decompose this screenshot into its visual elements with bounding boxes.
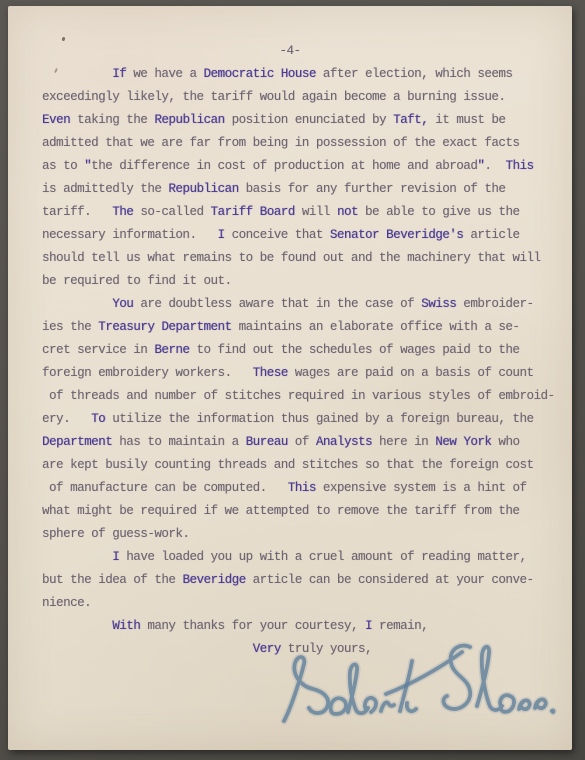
text: to find out the schedules of wages paid … — [189, 343, 519, 357]
text: who — [491, 435, 519, 449]
letter-line: as to "the difference in cost of product… — [42, 155, 564, 178]
text: we have a — [126, 67, 203, 81]
inked-text: Department — [42, 435, 112, 449]
text: will — [295, 205, 337, 219]
text: article can be considered at your conve- — [246, 573, 534, 587]
inked-text: Swiss — [421, 297, 456, 311]
text: of manufacture can be computed. — [42, 481, 288, 495]
text: tariff. — [42, 205, 112, 219]
text: taking the — [70, 113, 154, 127]
inked-text: With — [112, 619, 140, 633]
letter-line: sphere of guess-work. — [42, 523, 564, 546]
letter-line: foreign embroidery workers. These wages … — [42, 362, 564, 385]
text: many thanks for your courtesy, — [140, 619, 365, 633]
text: basis for any further revision of the — [239, 182, 506, 196]
text: article — [463, 228, 519, 242]
text: nience. — [42, 596, 91, 610]
text: after election, which seems — [316, 67, 513, 81]
letter-line: ies the Treasury Department maintains an… — [42, 316, 564, 339]
letter-line: is admittedly the Republican basis for a… — [42, 178, 564, 201]
text: foreign embroidery workers. — [42, 366, 253, 380]
text: as to — [42, 159, 84, 173]
letter-line: cret service in Berne to find out the sc… — [42, 339, 564, 362]
text: of threads and number of stitches requir… — [42, 389, 555, 403]
text: position enunciated by — [225, 113, 394, 127]
text: what might be required if we attempted t… — [42, 504, 519, 518]
inked-text: If — [112, 67, 126, 81]
text: has to maintain a — [112, 435, 245, 449]
text: ies the — [42, 320, 98, 334]
text: . — [484, 159, 505, 173]
text: remain, — [372, 619, 428, 633]
text — [42, 619, 112, 633]
letter-line: what might be required if we attempted t… — [42, 500, 564, 523]
text: are kept busily counting threads and sti… — [42, 458, 534, 472]
text — [42, 550, 112, 564]
letter-line: ery. To utilize the information thus gai… — [42, 408, 564, 431]
text: so-called — [133, 205, 210, 219]
text: should tell us what remains to be found … — [42, 251, 541, 265]
inked-text: Republican — [154, 113, 224, 127]
inked-text: Republican — [168, 182, 238, 196]
letter-body: If we have a Democratic House after elec… — [42, 63, 564, 661]
text — [274, 67, 281, 81]
letter-line: be required to find it out. — [42, 270, 564, 293]
letter-line: should tell us what remains to be found … — [42, 247, 564, 270]
inked-text: Even — [42, 113, 70, 127]
inked-text: Tariff Board — [211, 205, 295, 219]
text: embroider- — [456, 297, 533, 311]
inked-text: This — [505, 159, 533, 173]
text — [42, 642, 253, 656]
letter-line: of manufacture can be computed. This exp… — [42, 477, 564, 500]
letter-line: Department has to maintain a Bureau of A… — [42, 431, 564, 454]
text: necessary information. — [42, 228, 218, 242]
text: cret service in — [42, 343, 154, 357]
text: here in — [372, 435, 435, 449]
letter-line: I have loaded you up with a cruel amount… — [42, 546, 564, 569]
letter-line: are kept busily counting threads and sti… — [42, 454, 564, 477]
inked-text: I — [365, 619, 372, 633]
text: but the idea of the — [42, 573, 182, 587]
letter-line: If we have a Democratic House after elec… — [42, 63, 564, 86]
inked-text: House — [281, 67, 316, 81]
inked-text: Democratic — [204, 67, 274, 81]
inked-text: Analysts — [316, 435, 372, 449]
letter-line: Even taking the Republican position enun… — [42, 109, 564, 132]
letter-line: exceedingly likely, the tariff would aga… — [42, 86, 564, 109]
text: ery. — [42, 412, 91, 426]
inked-text: Bureau — [246, 435, 288, 449]
signature — [255, 635, 565, 760]
letter-line: of threads and number of stitches requir… — [42, 385, 564, 408]
text: utilize the information thus gained by a… — [105, 412, 533, 426]
inked-text: You — [112, 297, 133, 311]
text: wages are paid on a basis of count — [288, 366, 534, 380]
letter-line: You are doubtless aware that in the case… — [42, 293, 564, 316]
text: sphere of guess-work. — [42, 527, 189, 541]
text: it must be — [428, 113, 505, 127]
letter-line: admitted that we are far from being in p… — [42, 132, 564, 155]
letter-line: tariff. The so-called Tariff Board will … — [42, 201, 564, 224]
letter-line: necessary information. I conceive that S… — [42, 224, 564, 247]
inked-text: Beveridge — [182, 573, 245, 587]
text: is admittedly the — [42, 182, 168, 196]
page-number: -4- — [34, 40, 546, 63]
inked-text: I — [218, 228, 225, 242]
scanned-letter-screenshot: { "colors": { "ink": "#6d6370", "accent"… — [0, 0, 585, 760]
inked-text: Berne — [154, 343, 189, 357]
text: expensive system is a hint of — [316, 481, 527, 495]
text: of — [288, 435, 316, 449]
letter-line: but the idea of the Beveridge article ca… — [42, 569, 564, 592]
letter-page: -4- If we have a Democratic House after … — [8, 6, 572, 750]
inked-text: Taft, — [393, 113, 428, 127]
text: be required to find it out. — [42, 274, 232, 288]
inked-text: Senator Beveridge's — [330, 228, 463, 242]
text: exceedingly likely, the tariff would aga… — [42, 90, 505, 104]
text: have loaded you up with a cruel amount o… — [119, 550, 526, 564]
text: maintains an elaborate office with a se- — [232, 320, 520, 334]
text: the difference in cost of production at … — [91, 159, 477, 173]
text: are doubtless aware that in the case of — [133, 297, 421, 311]
text — [42, 297, 112, 311]
inked-text: To — [91, 412, 105, 426]
inked-text: This — [288, 481, 316, 495]
inked-text: These — [253, 366, 288, 380]
text: conceive that — [225, 228, 330, 242]
letter-line: nience. — [42, 592, 564, 615]
text — [42, 67, 112, 81]
inked-text: not — [337, 205, 358, 219]
inked-text: New York — [435, 435, 491, 449]
inked-text: The — [112, 205, 133, 219]
text: admitted that we are far from being in p… — [42, 136, 519, 150]
inked-text: Treasury Department — [98, 320, 231, 334]
text: be able to give us the — [358, 205, 520, 219]
